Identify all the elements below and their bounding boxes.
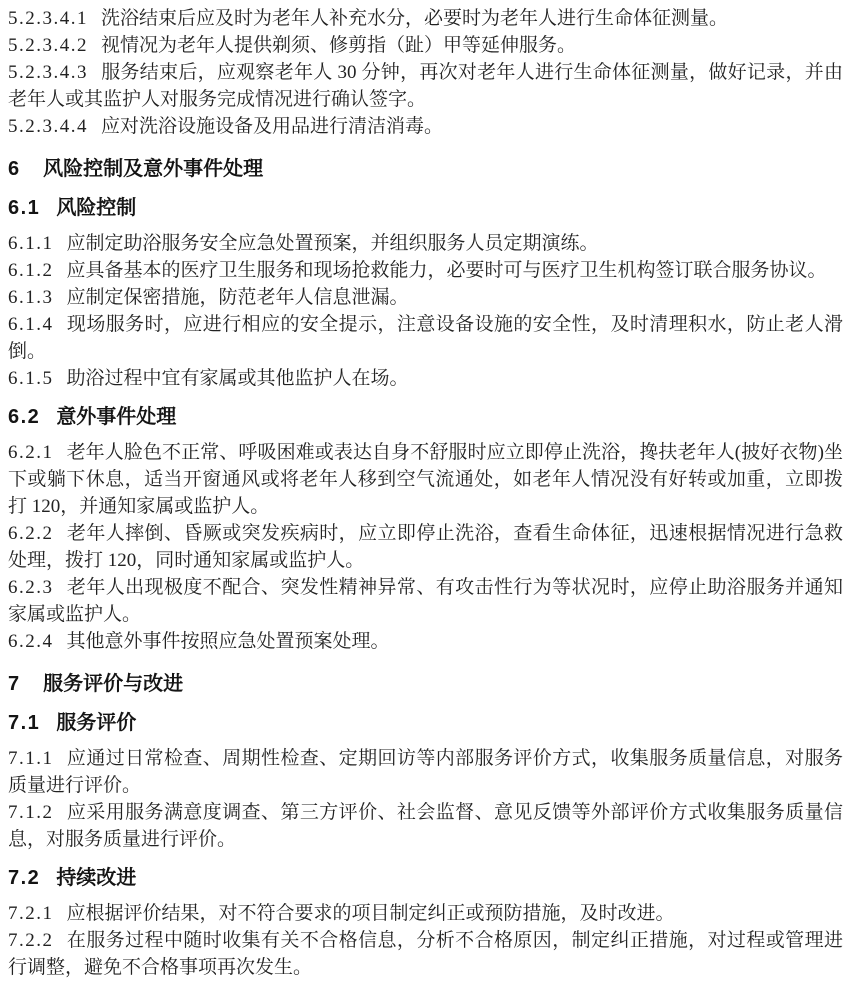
clause-number: 6.2.1 bbox=[8, 442, 54, 463]
clause-number: 6.1.1 bbox=[8, 233, 54, 254]
clause-text: 应制定保密措施，防范老年人信息泄漏。 bbox=[67, 287, 409, 308]
clause-text: 老年人脸色不正常、呼吸困难或表达自身不舒服时应立即停止洗浴，搀扶老年人(披好衣物… bbox=[8, 442, 843, 517]
clause-6-2-4: 6.2.4其他意外事件按照应急处置预案处理。 bbox=[8, 628, 843, 655]
clause-6-1-1: 6.1.1应制定助浴服务安全应急处置预案，并组织服务人员定期演练。 bbox=[8, 230, 843, 257]
section-heading-7-1: 7.1服务评价 bbox=[8, 709, 843, 737]
clause-text: 在服务过程中随时收集有关不合格信息，分析不合格原因，制定纠正措施，对过程或管理进… bbox=[8, 930, 843, 978]
clause-text: 应通过日常检查、周期性检查、定期回访等内部服务评价方式，收集服务质量信息，对服务… bbox=[8, 748, 843, 796]
clause-number: 6.1.4 bbox=[8, 314, 54, 335]
clause-number: 7.2.1 bbox=[8, 903, 54, 924]
heading-text: 意外事件处理 bbox=[56, 406, 176, 428]
clause-7-1-1: 7.1.1应通过日常检查、周期性检查、定期回访等内部服务评价方式，收集服务质量信… bbox=[8, 745, 843, 799]
clause-5-2-3-4-2: 5.2.3.4.2视情况为老年人提供剃须、修剪指（趾）甲等延伸服务。 bbox=[8, 32, 843, 59]
clause-number: 7.1.2 bbox=[8, 802, 54, 823]
clause-number: 5.2.3.4.3 bbox=[8, 62, 88, 83]
clause-7-2-2: 7.2.2在服务过程中随时收集有关不合格信息，分析不合格原因，制定纠正措施，对过… bbox=[8, 927, 843, 981]
section-heading-6-1: 6.1风险控制 bbox=[8, 194, 843, 222]
heading-number: 7 bbox=[8, 673, 21, 695]
clause-number: 6.2.2 bbox=[8, 523, 54, 544]
clause-number: 6.2.4 bbox=[8, 631, 54, 652]
clause-number: 7.2.2 bbox=[8, 930, 54, 951]
clause-number: 6.1.2 bbox=[8, 260, 54, 281]
clause-text: 助浴过程中宜有家属或其他监护人在场。 bbox=[67, 368, 409, 389]
heading-number: 7.2 bbox=[8, 867, 40, 889]
clause-text: 老年人摔倒、昏厥或突发疾病时，应立即停止洗浴，查看生命体征，迅速根据情况进行急救… bbox=[8, 523, 843, 571]
clause-number: 7.1.1 bbox=[8, 748, 54, 769]
clause-number: 6.2.3 bbox=[8, 577, 54, 598]
heading-number: 6.1 bbox=[8, 197, 40, 219]
clause-text: 应对洗浴设施设备及用品进行清洁消毒。 bbox=[101, 116, 443, 137]
clause-6-1-4: 6.1.4现场服务时，应进行相应的安全提示，注意设备设施的安全性，及时清理积水，… bbox=[8, 311, 843, 365]
heading-text: 持续改进 bbox=[56, 867, 136, 889]
clause-7-2-1: 7.2.1应根据评价结果，对不符合要求的项目制定纠正或预防措施，及时改进。 bbox=[8, 900, 843, 927]
clause-number: 6.1.3 bbox=[8, 287, 54, 308]
clause-6-2-3: 6.2.3老年人出现极度不配合、突发性精神异常、有攻击性行为等状况时，应停止助浴… bbox=[8, 574, 843, 628]
heading-text: 风险控制及意外事件处理 bbox=[43, 158, 263, 180]
chapter-heading-7: 7服务评价与改进 bbox=[8, 670, 843, 698]
clause-text: 视情况为老年人提供剃须、修剪指（趾）甲等延伸服务。 bbox=[101, 35, 576, 56]
heading-number: 6.2 bbox=[8, 406, 40, 428]
clause-text: 洗浴结束后应及时为老年人补充水分，必要时为老年人进行生命体征测量。 bbox=[101, 8, 728, 29]
clause-6-2-2: 6.2.2老年人摔倒、昏厥或突发疾病时，应立即停止洗浴，查看生命体征，迅速根据情… bbox=[8, 520, 843, 574]
clause-text: 现场服务时，应进行相应的安全提示，注意设备设施的安全性，及时清理积水，防止老人滑… bbox=[8, 314, 843, 362]
clause-6-1-2: 6.1.2应具备基本的医疗卫生服务和现场抢救能力，必要时可与医疗卫生机构签订联合… bbox=[8, 257, 843, 284]
clause-5-2-3-4-4: 5.2.3.4.4应对洗浴设施设备及用品进行清洁消毒。 bbox=[8, 113, 843, 140]
clause-6-2-1: 6.2.1老年人脸色不正常、呼吸困难或表达自身不舒服时应立即停止洗浴，搀扶老年人… bbox=[8, 439, 843, 520]
section-heading-6-2: 6.2意外事件处理 bbox=[8, 403, 843, 431]
clause-text: 老年人出现极度不配合、突发性精神异常、有攻击性行为等状况时，应停止助浴服务并通知… bbox=[8, 577, 843, 625]
document-page: 5.2.3.4.1洗浴结束后应及时为老年人补充水分，必要时为老年人进行生命体征测… bbox=[0, 0, 851, 991]
heading-number: 7.1 bbox=[8, 712, 40, 734]
clause-number: 6.1.5 bbox=[8, 368, 54, 389]
clause-text: 应根据评价结果，对不符合要求的项目制定纠正或预防措施，及时改进。 bbox=[67, 903, 675, 924]
clause-text: 服务结束后，应观察老年人 30 分钟，再次对老年人进行生命体征测量，做好记录，并… bbox=[8, 62, 843, 110]
clause-7-1-2: 7.1.2应采用服务满意度调查、第三方评价、社会监督、意见反馈等外部评价方式收集… bbox=[8, 799, 843, 853]
clause-text: 应采用服务满意度调查、第三方评价、社会监督、意见反馈等外部评价方式收集服务质量信… bbox=[8, 802, 843, 850]
clause-number: 5.2.3.4.2 bbox=[8, 35, 88, 56]
chapter-heading-6: 6风险控制及意外事件处理 bbox=[8, 155, 843, 183]
clause-number: 5.2.3.4.1 bbox=[8, 8, 88, 29]
heading-number: 6 bbox=[8, 158, 21, 180]
clause-5-2-3-4-3: 5.2.3.4.3服务结束后，应观察老年人 30 分钟，再次对老年人进行生命体征… bbox=[8, 59, 843, 113]
clause-text: 应具备基本的医疗卫生服务和现场抢救能力，必要时可与医疗卫生机构签订联合服务协议。 bbox=[67, 260, 827, 281]
heading-text: 服务评价与改进 bbox=[43, 673, 183, 695]
clause-5-2-3-4-1: 5.2.3.4.1洗浴结束后应及时为老年人补充水分，必要时为老年人进行生命体征测… bbox=[8, 5, 843, 32]
clause-number: 5.2.3.4.4 bbox=[8, 116, 88, 137]
heading-text: 服务评价 bbox=[56, 712, 136, 734]
clause-6-1-5: 6.1.5助浴过程中宜有家属或其他监护人在场。 bbox=[8, 365, 843, 392]
section-heading-7-2: 7.2持续改进 bbox=[8, 864, 843, 892]
clause-text: 其他意外事件按照应急处置预案处理。 bbox=[67, 631, 390, 652]
clause-6-1-3: 6.1.3应制定保密措施，防范老年人信息泄漏。 bbox=[8, 284, 843, 311]
heading-text: 风险控制 bbox=[56, 197, 136, 219]
clause-text: 应制定助浴服务安全应急处置预案，并组织服务人员定期演练。 bbox=[67, 233, 599, 254]
